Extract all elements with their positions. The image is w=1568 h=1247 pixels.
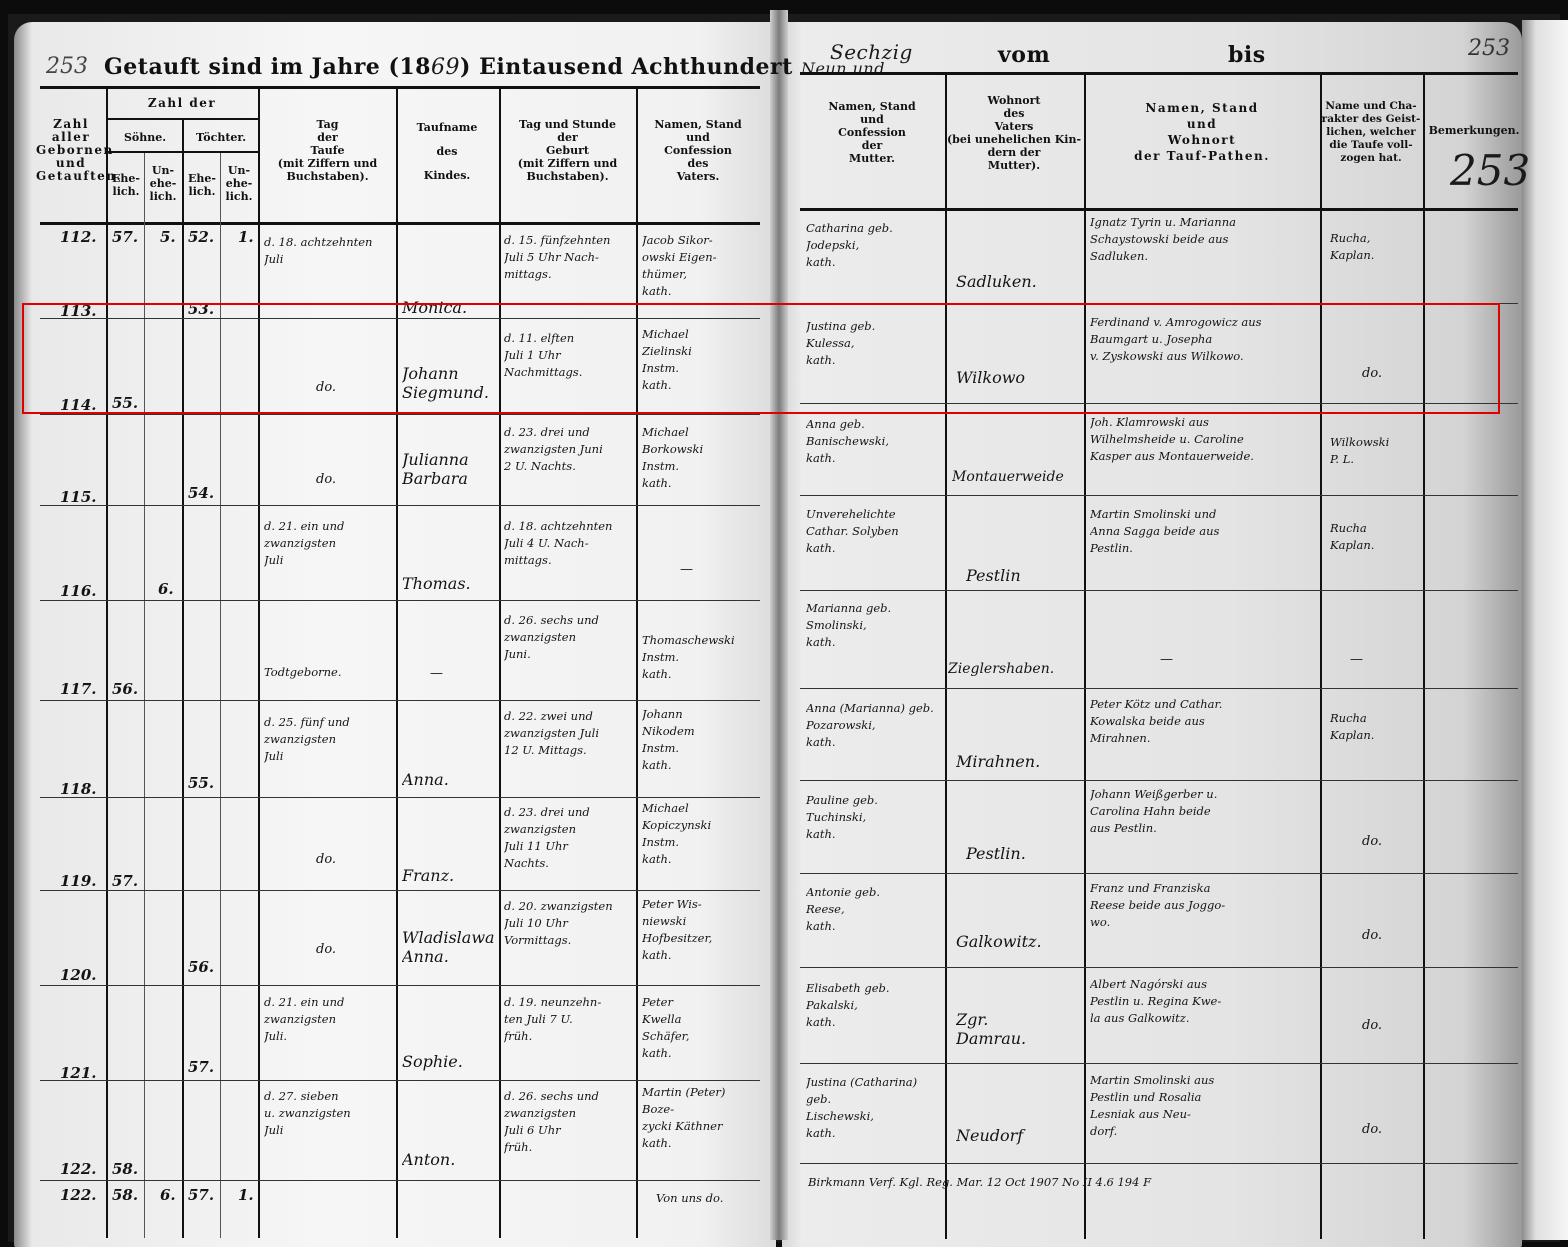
left-page-number: 253 [46, 54, 88, 79]
title-year-hand: 69 [431, 55, 460, 80]
row-divider [800, 1163, 1518, 1164]
hdr-mutter: Namen, Stand und Confession der Mutter. [802, 100, 942, 165]
right-title-hand: Sechzig [830, 40, 913, 64]
father: Peter Kwella Schäfer, kath. [642, 994, 760, 1062]
entry-number: 119. [60, 872, 97, 891]
right-header-bottom-rule [800, 208, 1518, 211]
hdr-daughters-unehelich: Un- ehe- lich. [221, 164, 257, 203]
right-title-vom: vom [998, 42, 1050, 68]
row-divider [800, 495, 1518, 496]
birth-date: d. 11. elften Juli 1 Uhr Nachmittags. [504, 330, 634, 381]
right-title-bis: bis [1228, 42, 1266, 68]
mother: Elisabeth geb. Pakalski, kath. [806, 980, 942, 1031]
row-divider [40, 985, 760, 986]
godparents: Ignatz Tyrin u. Marianna Schaystowski be… [1090, 214, 1320, 265]
daughters-illegit: 1. [238, 228, 254, 247]
row-divider [800, 303, 1518, 304]
birth-date: d. 20. zwanzigsten Juli 10 Uhr Vormittag… [504, 898, 634, 949]
residence: Montauerweide [952, 468, 1084, 487]
priest: Rucha, Kaplan. [1330, 230, 1420, 264]
baptism-date: do. [316, 470, 376, 489]
book-gutter [770, 10, 788, 1240]
entry-number: 122. [60, 1160, 97, 1179]
hdr-taufname: Taufname des Kindes. [397, 122, 497, 182]
hdr-toechter: Töchter. [184, 131, 258, 144]
totals-daughters-legit: 57. [188, 1186, 214, 1205]
entry-number: 114. [60, 396, 97, 415]
hdr-tag-stunde-geburt: Tag und Stunde der Geburt (mit Ziffern u… [500, 118, 635, 183]
col-divider [945, 74, 947, 1239]
row-divider [40, 1080, 760, 1081]
priest: — [1350, 650, 1410, 669]
daughters-legit: 53. [188, 300, 214, 319]
baptism-date: d. 21. ein und zwanzigsten Juli. [264, 994, 394, 1045]
godparents: Franz und Franziska Reese beide aus Jogg… [1090, 880, 1320, 931]
entry-number: 116. [60, 582, 97, 601]
birth-date: d. 26. sechs und zwanzigsten Juni. [504, 612, 634, 663]
total-count: 56. [112, 680, 138, 699]
row-divider [800, 590, 1518, 591]
daughters-legit: 52. [188, 228, 214, 247]
col-divider [1320, 74, 1322, 1239]
residence: Galkowitz. [956, 932, 1082, 951]
mother: Justina geb. Kulessa, kath. [806, 318, 942, 369]
total-count: 57. [112, 872, 138, 891]
hdr-pathen: Namen, Stand und Wohnort der Tauf-Pathen… [1086, 100, 1318, 164]
priest: do. [1362, 832, 1402, 851]
hdr-zahl-der: Zahl der [108, 97, 256, 110]
col-divider [106, 88, 108, 1238]
child-name: Julianna Barbara [402, 450, 497, 488]
remarks-page-number: 253 [1450, 146, 1530, 195]
residence: Zgr. Damrau. [956, 1010, 1082, 1048]
baptism-date: Todtgeborne. [264, 664, 394, 681]
col-divider [1084, 74, 1086, 1239]
mother: Anna geb. Banischewski, kath. [806, 416, 942, 467]
sons-illegit: 5. [160, 228, 176, 247]
left-page-title: Getauft sind im Jahre (1869) Eintausend … [104, 54, 885, 80]
birth-date: d. 19. neunzehn- ten Juli 7 U. früh. [504, 994, 634, 1045]
father: Thomaschewski Instm. kath. [642, 632, 760, 683]
col-divider [258, 88, 260, 1238]
row-divider [40, 414, 760, 415]
baptism-date: do. [316, 378, 376, 397]
baptism-date: d. 21. ein und zwanzigsten Juli [264, 518, 394, 569]
row-divider [40, 890, 760, 891]
totals-number: 122. [60, 1186, 97, 1205]
priest: do. [1362, 926, 1402, 945]
mother: Justina (Catharina) geb. Lischewski, kat… [806, 1074, 942, 1142]
footer-note: Birkmann Verf. Kgl. Reg. Mar. 12 Oct 190… [808, 1174, 1268, 1191]
residence: Wilkowo [956, 368, 1082, 387]
father: Jacob Sikor- owski Eigen- thümer, kath. [642, 232, 760, 300]
sons-illegit: 6. [158, 580, 174, 599]
child-name: Anna. [402, 770, 497, 789]
father: Michael Zielinski Instm. kath. [642, 326, 760, 394]
row-divider [800, 967, 1518, 968]
priest: do. [1362, 1120, 1402, 1139]
col-divider [144, 153, 145, 1238]
child-name: — [430, 664, 480, 683]
total-count: 57. [112, 228, 138, 247]
hdr-tag-der-taufe: Tag der Taufe (mit Ziffern und Buchstabe… [260, 118, 395, 183]
priest: Rucha Kaplan. [1330, 710, 1420, 744]
row-divider [40, 797, 760, 798]
entry-number: 113. [60, 302, 97, 321]
godparents: Martin Smolinski und Anna Sagga beide au… [1090, 506, 1320, 557]
baptism-date: d. 18. achtzehnten Juli [264, 234, 394, 268]
hdr-soehne: Söhne. [108, 131, 182, 144]
baptism-date: do. [316, 940, 376, 959]
col-divider [396, 88, 398, 1238]
hdr-zahl-aller: Zahl aller Gebornen und Getauften. [36, 118, 106, 183]
mother: Anna (Marianna) geb. Pozarowski, kath. [806, 700, 942, 751]
row-divider [800, 1063, 1518, 1064]
baptism-date: do. [316, 850, 376, 869]
birth-date: d. 23. drei und zwanzigsten Juli 11 Uhr … [504, 804, 634, 872]
birth-date: d. 26. sechs und zwanzigsten Juli 6 Uhr … [504, 1088, 634, 1156]
col-divider [636, 88, 638, 1238]
entry-number: 112. [60, 228, 97, 247]
godparents: Martin Smolinski aus Pestlin und Rosalia… [1090, 1072, 1320, 1140]
residence: Sadluken. [956, 272, 1082, 291]
daughters-legit: 54. [188, 484, 214, 503]
daughters-legit: 57. [188, 1058, 214, 1077]
row-divider [40, 600, 760, 601]
right-page-number: 253 [1468, 36, 1510, 61]
godparents: Joh. Klamrowski aus Wilhelmsheide u. Car… [1090, 414, 1320, 465]
hdr-geistlicher: Name und Cha- rakter des Geist- lichen, … [1320, 100, 1422, 165]
mother: Unverehelichte Cathar. Solyben kath. [806, 506, 942, 557]
col-divider [499, 88, 501, 1238]
mother: Marianna geb. Smolinski, kath. [806, 600, 942, 651]
residence: Neudorf [956, 1126, 1082, 1145]
child-name: Wladislawa Anna. [402, 928, 497, 966]
priest: Wilkowski P. L. [1330, 434, 1420, 468]
row-divider [40, 318, 760, 319]
birth-date: d. 18. achtzehnten Juli 4 U. Nach- mitta… [504, 518, 634, 569]
birth-date: d. 15. fünfzehnten Juli 5 Uhr Nach- mitt… [504, 232, 634, 283]
entry-number: 121. [60, 1064, 97, 1083]
entry-number: 120. [60, 966, 97, 985]
total-count: 55. [112, 394, 138, 413]
col-divider [182, 120, 184, 1238]
row-divider [800, 780, 1518, 781]
row-divider [40, 700, 760, 701]
hdr-sub-rule-sons [108, 151, 182, 153]
godparents: Ferdinand v. Amrogowicz aus Baumgart u. … [1090, 314, 1320, 365]
left-title-rule [40, 86, 760, 89]
child-name: Franz. [402, 866, 497, 885]
col-divider [220, 153, 221, 1238]
father: Peter Wis- niewski Hofbesitzer, kath. [642, 896, 760, 964]
hdr-daughters-ehelich: Ehe- lich. [184, 172, 220, 198]
father: Michael Kopiczynski Instm. kath. [642, 800, 760, 868]
page-edge [1522, 20, 1568, 1240]
hdr-bemerkungen: Bemerkungen. [1424, 124, 1524, 137]
priest: do. [1362, 1016, 1402, 1035]
residence: Pestlin [966, 566, 1082, 585]
baptism-date: d. 25. fünf und zwanzigsten Juli [264, 714, 394, 765]
birth-date: d. 23. drei und zwanzigsten Juni 2 U. Na… [504, 424, 634, 475]
entry-number: 118. [60, 780, 97, 799]
row-divider [800, 688, 1518, 689]
father: — [680, 560, 740, 579]
right-title-rule [800, 72, 1518, 75]
row-divider [800, 403, 1518, 404]
priest: do. [1362, 364, 1402, 383]
entry-number: 115. [60, 488, 97, 507]
father: Martin (Peter) Boze- zycki Käthner kath. [642, 1084, 760, 1152]
godparents: — [1160, 650, 1220, 669]
title-printed-2: ) Eintausend Achthundert [460, 54, 793, 80]
row-divider [800, 873, 1518, 874]
hdr-sons-ehelich: Ehe- lich. [108, 172, 144, 198]
child-name: Monica. [402, 298, 497, 317]
totals-daughters-illegit: 1. [238, 1186, 254, 1205]
hdr-sons-unehelich: Un- ehe- lich. [145, 164, 181, 203]
row-divider [40, 505, 760, 506]
priest: Rucha Kaplan. [1330, 520, 1420, 554]
hdr-sub-rule-daughters [184, 151, 258, 153]
child-name: Sophie. [402, 1052, 497, 1071]
residence: Mirahnen. [956, 752, 1082, 771]
godparents: Johann Weißgerber u. Carolina Hahn beide… [1090, 786, 1320, 837]
child-name: Thomas. [402, 574, 497, 593]
totals-note: Von uns do. [656, 1190, 756, 1207]
mother: Pauline geb. Tuchinski, kath. [806, 792, 942, 843]
total-count: 58. [112, 1160, 138, 1179]
daughters-legit: 56. [188, 958, 214, 977]
godparents: Albert Nagórski aus Pestlin u. Regina Kw… [1090, 976, 1320, 1027]
title-printed: Getauft sind im Jahre (18 [104, 54, 431, 80]
mother: Catharina geb. Jodepski, kath. [806, 220, 942, 271]
mother: Antonie geb. Reese, kath. [806, 884, 942, 935]
residence: Pestlin. [966, 844, 1082, 863]
baptism-date: d. 27. sieben u. zwanzigsten Juli [264, 1088, 394, 1139]
row-divider [40, 1180, 760, 1181]
birth-date: d. 22. zwei und zwanzigsten Juli 12 U. M… [504, 708, 634, 759]
entry-number: 117. [60, 680, 97, 699]
hdr-wohnort-vater: Wohnort des Vaters (bei unehelichen Kin-… [946, 94, 1082, 172]
godparents: Peter Kötz und Cathar. Kowalska beide au… [1090, 696, 1320, 747]
col-divider [1423, 74, 1425, 1239]
totals-total: 58. [112, 1186, 138, 1205]
father: Johann Nikodem Instm. kath. [642, 706, 760, 774]
residence: Zieglershaben. [948, 660, 1084, 679]
daughters-legit: 55. [188, 774, 214, 793]
left-header-bottom-rule [40, 222, 760, 225]
child-name: Anton. [402, 1150, 497, 1169]
hdr-vater: Namen, Stand und Confession des Vaters. [638, 118, 758, 183]
child-name: Johann Siegmund. [402, 364, 497, 402]
totals-sons: 6. [160, 1186, 176, 1205]
father: Michael Borkowski Instm. kath. [642, 424, 760, 492]
